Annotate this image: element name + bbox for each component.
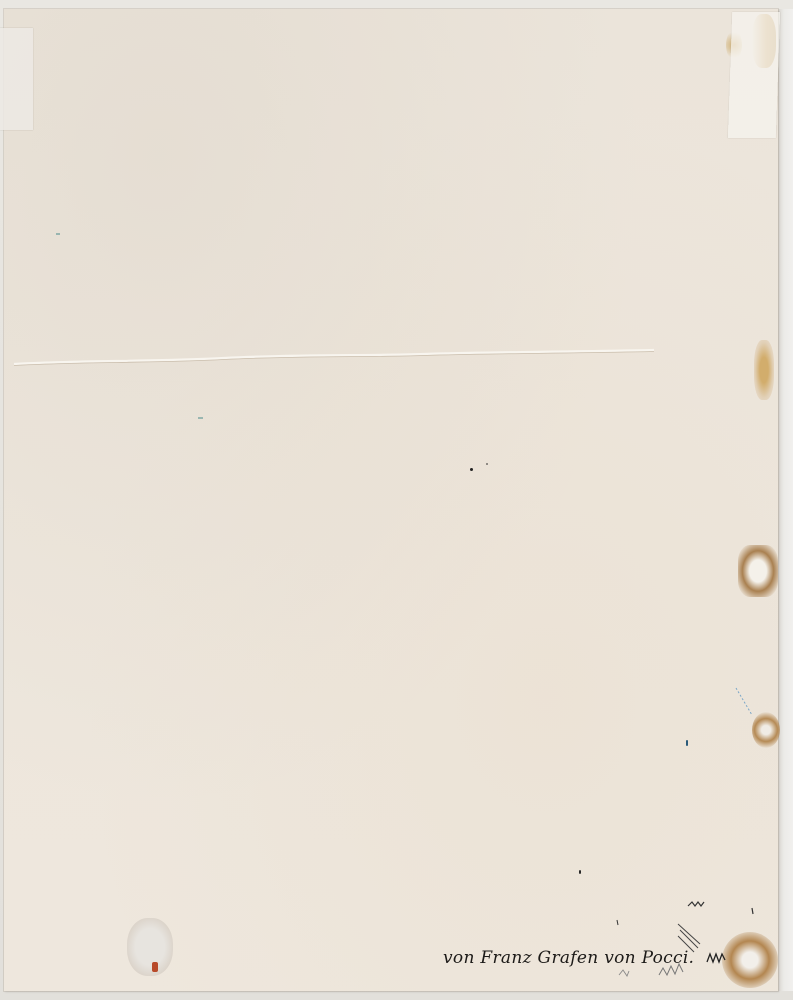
ink-dot: [470, 468, 473, 471]
ink-dot: [486, 463, 488, 465]
ink-dot: [579, 870, 581, 874]
stain-bottom-left: [127, 918, 173, 976]
adhesive-stain-right-lower: [752, 712, 780, 748]
mount-edge: [778, 9, 793, 991]
tape-remnant-top-left: [0, 28, 33, 130]
adhesive-stain-right-upper: [754, 340, 774, 400]
tape-remnant-top-right: [728, 12, 780, 138]
handwritten-inscription: von Franz Grafen von Pocci.: [443, 948, 694, 968]
red-mark: [152, 962, 158, 972]
adhesive-stain-right-middle: [738, 545, 778, 597]
paper-sheet: [4, 9, 778, 991]
blue-ink-mark: [686, 740, 688, 746]
stain-bottom-right: [722, 932, 778, 988]
horizontal-crease: [4, 348, 664, 368]
